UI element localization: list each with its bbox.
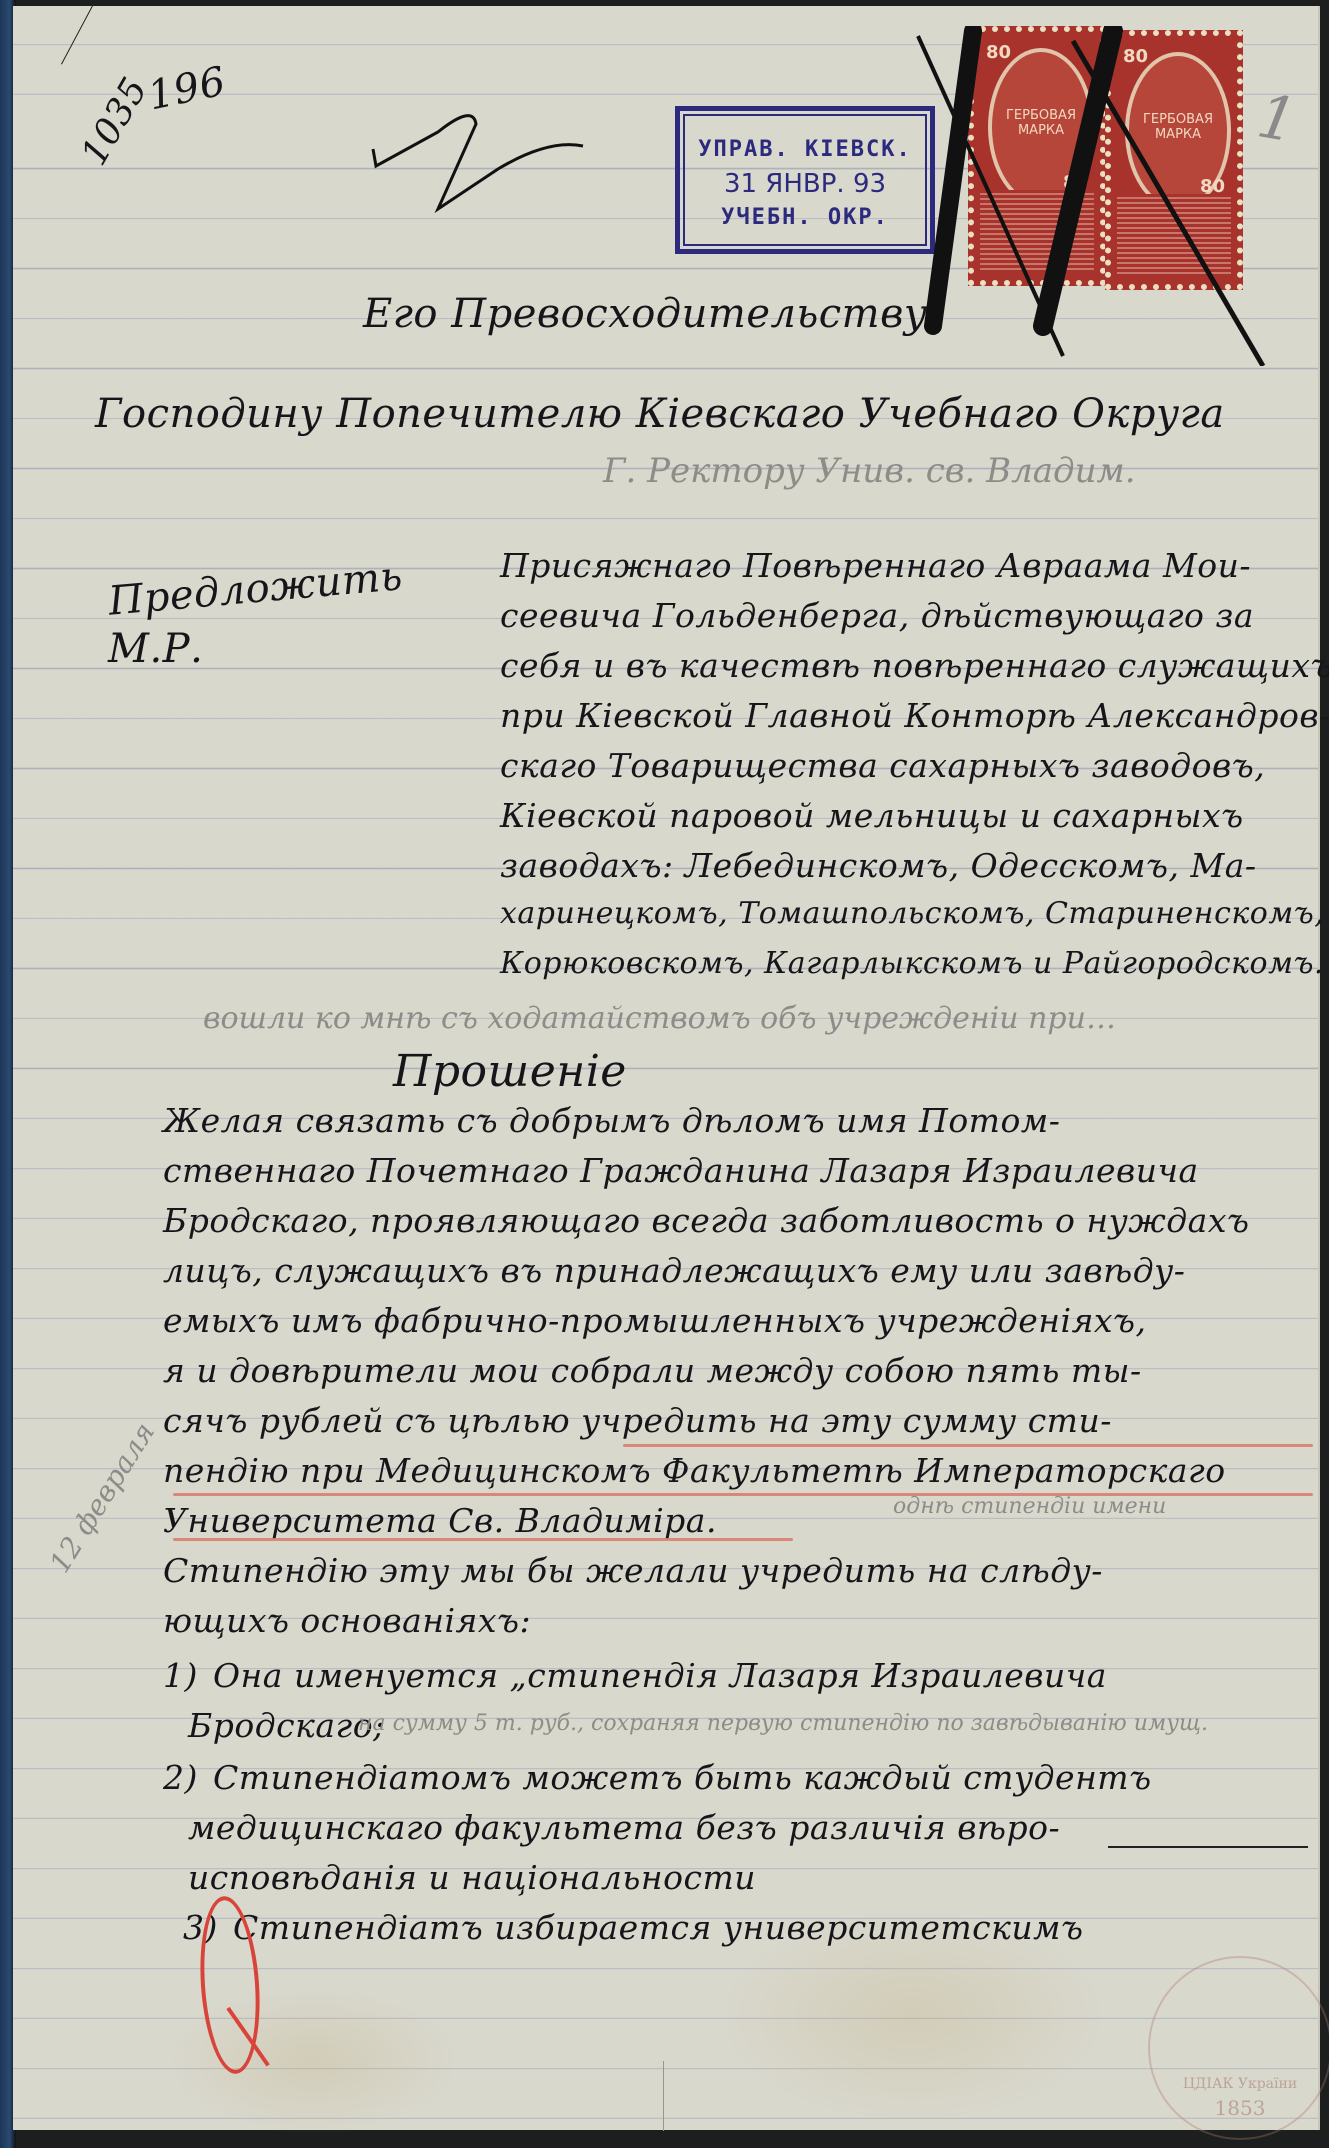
body-line: Желая связать съ добрымъ дѣломъ имя Пото… (163, 1101, 1060, 1140)
petitioner-line: Корюковскомъ, Кагарлыкскомъ и Райгородск… (500, 946, 1324, 981)
condition-line: Бродскаго; (188, 1706, 385, 1745)
body-line: ственнаго Почетнаго Гражданина Лазаря Из… (163, 1151, 1199, 1190)
condition-line: медицинскаго факультета безъ различія вѣ… (188, 1808, 1060, 1847)
archive-subnumber: 196 (144, 58, 230, 119)
address-line-1: Его Превосходительству (363, 291, 928, 337)
archive-seal: ЦДІАК України 1853 (1148, 1956, 1329, 2140)
pencil-interline-note: вошли ко мнѣ съ ходатайствомъ объ учрежд… (203, 1001, 1116, 1036)
checkmark-icon (368, 104, 598, 214)
petitioner-line: Присяжнаго Повѣреннаго Авраама Мои- (500, 546, 1251, 585)
body-line: емыхъ имъ фабрично-промышленныхъ учрежде… (163, 1301, 1147, 1340)
manuscript-page: 1035 196 УПРАВ. КІЕВСК. 31 ЯНВР. 93 УЧЕБ… (13, 6, 1320, 2130)
condition-number: 1) (163, 1656, 198, 1695)
body-line: Университета Св. Владиміра. (163, 1501, 717, 1540)
body-line: пендію при Медицинскомъ Факультетѣ Импер… (163, 1451, 1226, 1490)
petitioner-line: харинецкомъ, Томашпольскомъ, Стариненско… (500, 896, 1324, 931)
conditions-intro-line: ющихъ основаніяхъ: (163, 1601, 531, 1640)
condition-line: Она именуется „стипендія Лазаря Израилев… (213, 1656, 1107, 1695)
condition-line: исповѣданія и національности (188, 1858, 756, 1897)
archive-seal-year: 1853 (1150, 2096, 1329, 2120)
pencil-margin-date: 12 февраля (43, 1417, 161, 1579)
archive-seal-text: ЦДІАК України (1150, 2076, 1329, 2092)
archive-number: 1035 (74, 71, 156, 173)
body-line: я и довѣрители мои собрали между собою п… (163, 1351, 1142, 1390)
body-line: сячъ рублей съ цѣлью учредить на эту сум… (163, 1401, 1112, 1440)
stamp-cancellation-x-icon (893, 26, 1313, 366)
archive-number-divider (61, 0, 151, 64)
body-line: Бродскаго, проявляющаго всегда заботливо… (163, 1201, 1249, 1240)
address-line-2: Господину Попечителю Кіевскаго Учебнаго … (95, 391, 1225, 437)
red-pencil-underline (623, 1444, 1313, 1447)
ink-underline (1108, 1846, 1308, 1848)
margin-resolution-line-1: Предложить (107, 553, 405, 625)
body-line: лицъ, служащихъ въ принадлежащихъ ему ил… (163, 1251, 1185, 1290)
petition-heading: Прошеніе (393, 1046, 627, 1097)
petitioner-line: сеевича Гольденберга, дѣйствующаго за (500, 596, 1254, 635)
red-pencil-underline (173, 1538, 793, 1541)
petitioner-line: себя и въ качествѣ повѣреннаго служащихъ (500, 646, 1329, 685)
petitioner-line: Кіевской паровой мельницы и сахарныхъ (500, 796, 1244, 835)
petitioner-line: при Кіевской Главной Конторѣ Александров… (500, 696, 1329, 735)
paper-tear (663, 2061, 664, 2131)
petitioner-line: заводахъ: Лебединскомъ, Одесскомъ, Ма- (500, 846, 1257, 885)
pencil-insert-note: однѣ стипендіи имени (893, 1494, 1166, 1519)
pencil-condition-note: на сумму 5 т. руб., сохраняя первую стип… (358, 1711, 1208, 1736)
condition-line: Стипендіатъ избирается университетскимъ (233, 1908, 1083, 1947)
condition-line: Стипендіатомъ можетъ быть каждый студент… (213, 1758, 1152, 1797)
condition-number: 2) (163, 1758, 198, 1797)
margin-resolution-line-2: М.Р. (108, 626, 203, 672)
conditions-intro-line: Стипендію эту мы бы желали учредить на с… (163, 1551, 1103, 1590)
pencil-address-note: Г. Ректору Унив. св. Владим. (603, 451, 1136, 491)
petitioner-line: скаго Товарищества сахарныхъ заводовъ, (500, 746, 1265, 785)
